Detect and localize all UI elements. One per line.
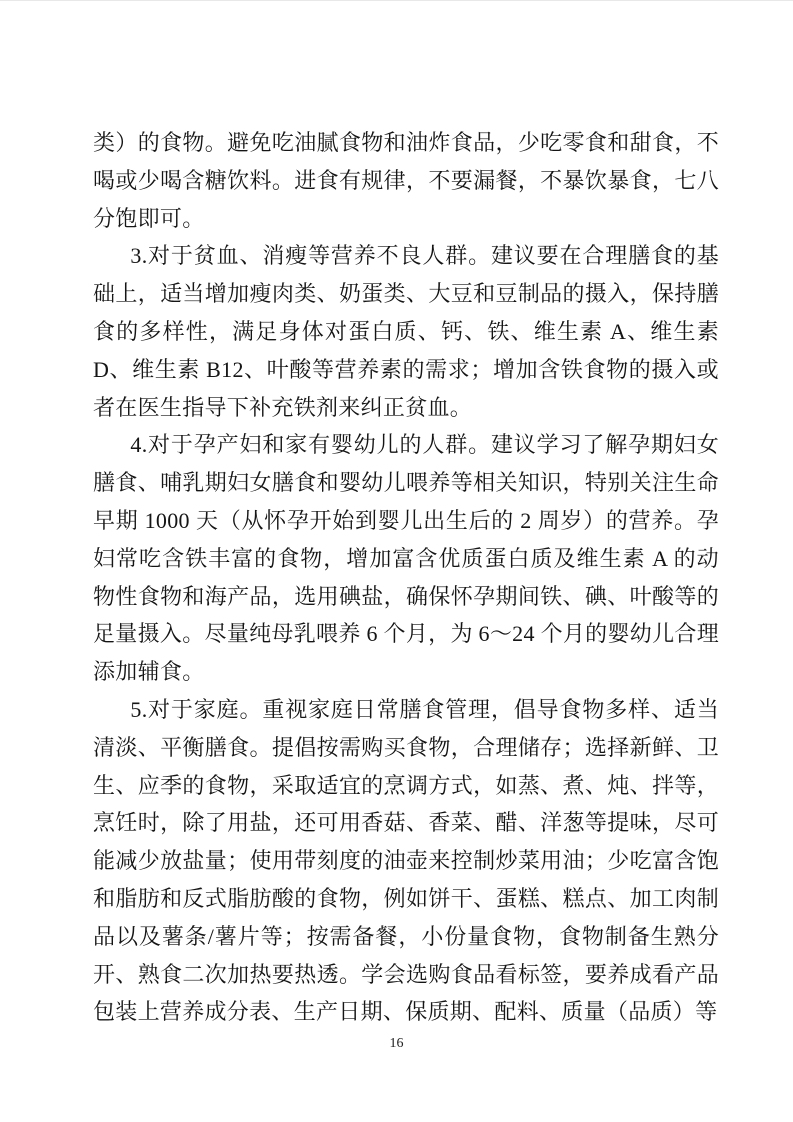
document-body: 类）的食物。避免吃油腻食物和油炸食品，少吃零食和甜食，不喝或少喝含糖饮料。进食有… bbox=[93, 124, 719, 1031]
paragraph-continuation: 类）的食物。避免吃油腻食物和油炸食品，少吃零食和甜食，不喝或少喝含糖饮料。进食有… bbox=[93, 124, 719, 237]
paragraph-item-4: 4.对于孕产妇和家有婴幼儿的人群。建议学习了解孕期妇女膳食、哺乳期妇女膳食和婴幼… bbox=[93, 426, 719, 691]
page-number: 16 bbox=[0, 1036, 793, 1052]
document-page: 类）的食物。避免吃油腻食物和油炸食品，少吃零食和甜食，不喝或少喝含糖饮料。进食有… bbox=[0, 0, 793, 1122]
paragraph-item-5: 5.对于家庭。重视家庭日常膳食管理，倡导食物多样、适当清淡、平衡膳食。提倡按需购… bbox=[93, 691, 719, 1031]
page-top-edge bbox=[0, 0, 793, 1]
paragraph-item-3: 3.对于贫血、消瘦等营养不良人群。建议要在合理膳食的基础上，适当增加瘦肉类、奶蛋… bbox=[93, 237, 719, 426]
